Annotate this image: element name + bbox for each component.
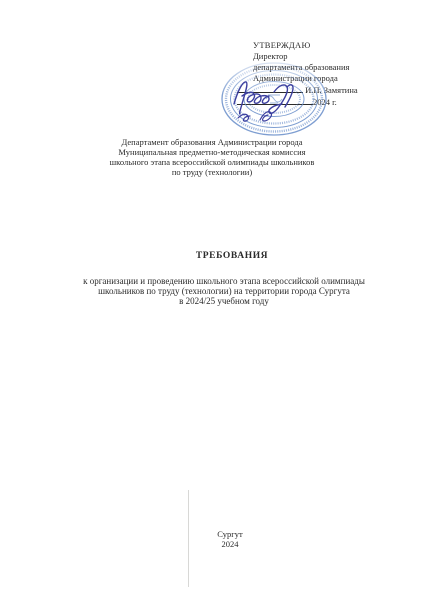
organization-line: школьного этапа всероссийской олимпиады …	[0, 157, 424, 167]
document-subtitle: к организации и проведению школьного эта…	[24, 276, 424, 306]
document-page: УТВЕРЖДАЮ Директор департамента образова…	[0, 0, 424, 599]
organization-block: Департамент образования Администрации го…	[0, 137, 424, 177]
footer-city: Сургут	[38, 529, 422, 539]
footer-block: Сургут 2024	[38, 529, 422, 549]
handwritten-signature	[230, 78, 310, 126]
subtitle-line: школьников по труду (технологии) на терр…	[24, 286, 424, 296]
organization-line: Департамент образования Администрации го…	[0, 137, 424, 147]
organization-line: по труду (технологии)	[0, 167, 424, 177]
approval-heading: УТВЕРЖДАЮ	[237, 40, 397, 51]
organization-line: Муниципальная предметно-методическая ком…	[0, 147, 424, 157]
footer-year: 2024	[38, 539, 422, 549]
subtitle-line: в 2024/25 учебном году	[24, 296, 424, 306]
document-title: ТРЕБОВАНИЯ	[40, 251, 424, 261]
subtitle-line: к организации и проведению школьного эта…	[24, 276, 424, 286]
